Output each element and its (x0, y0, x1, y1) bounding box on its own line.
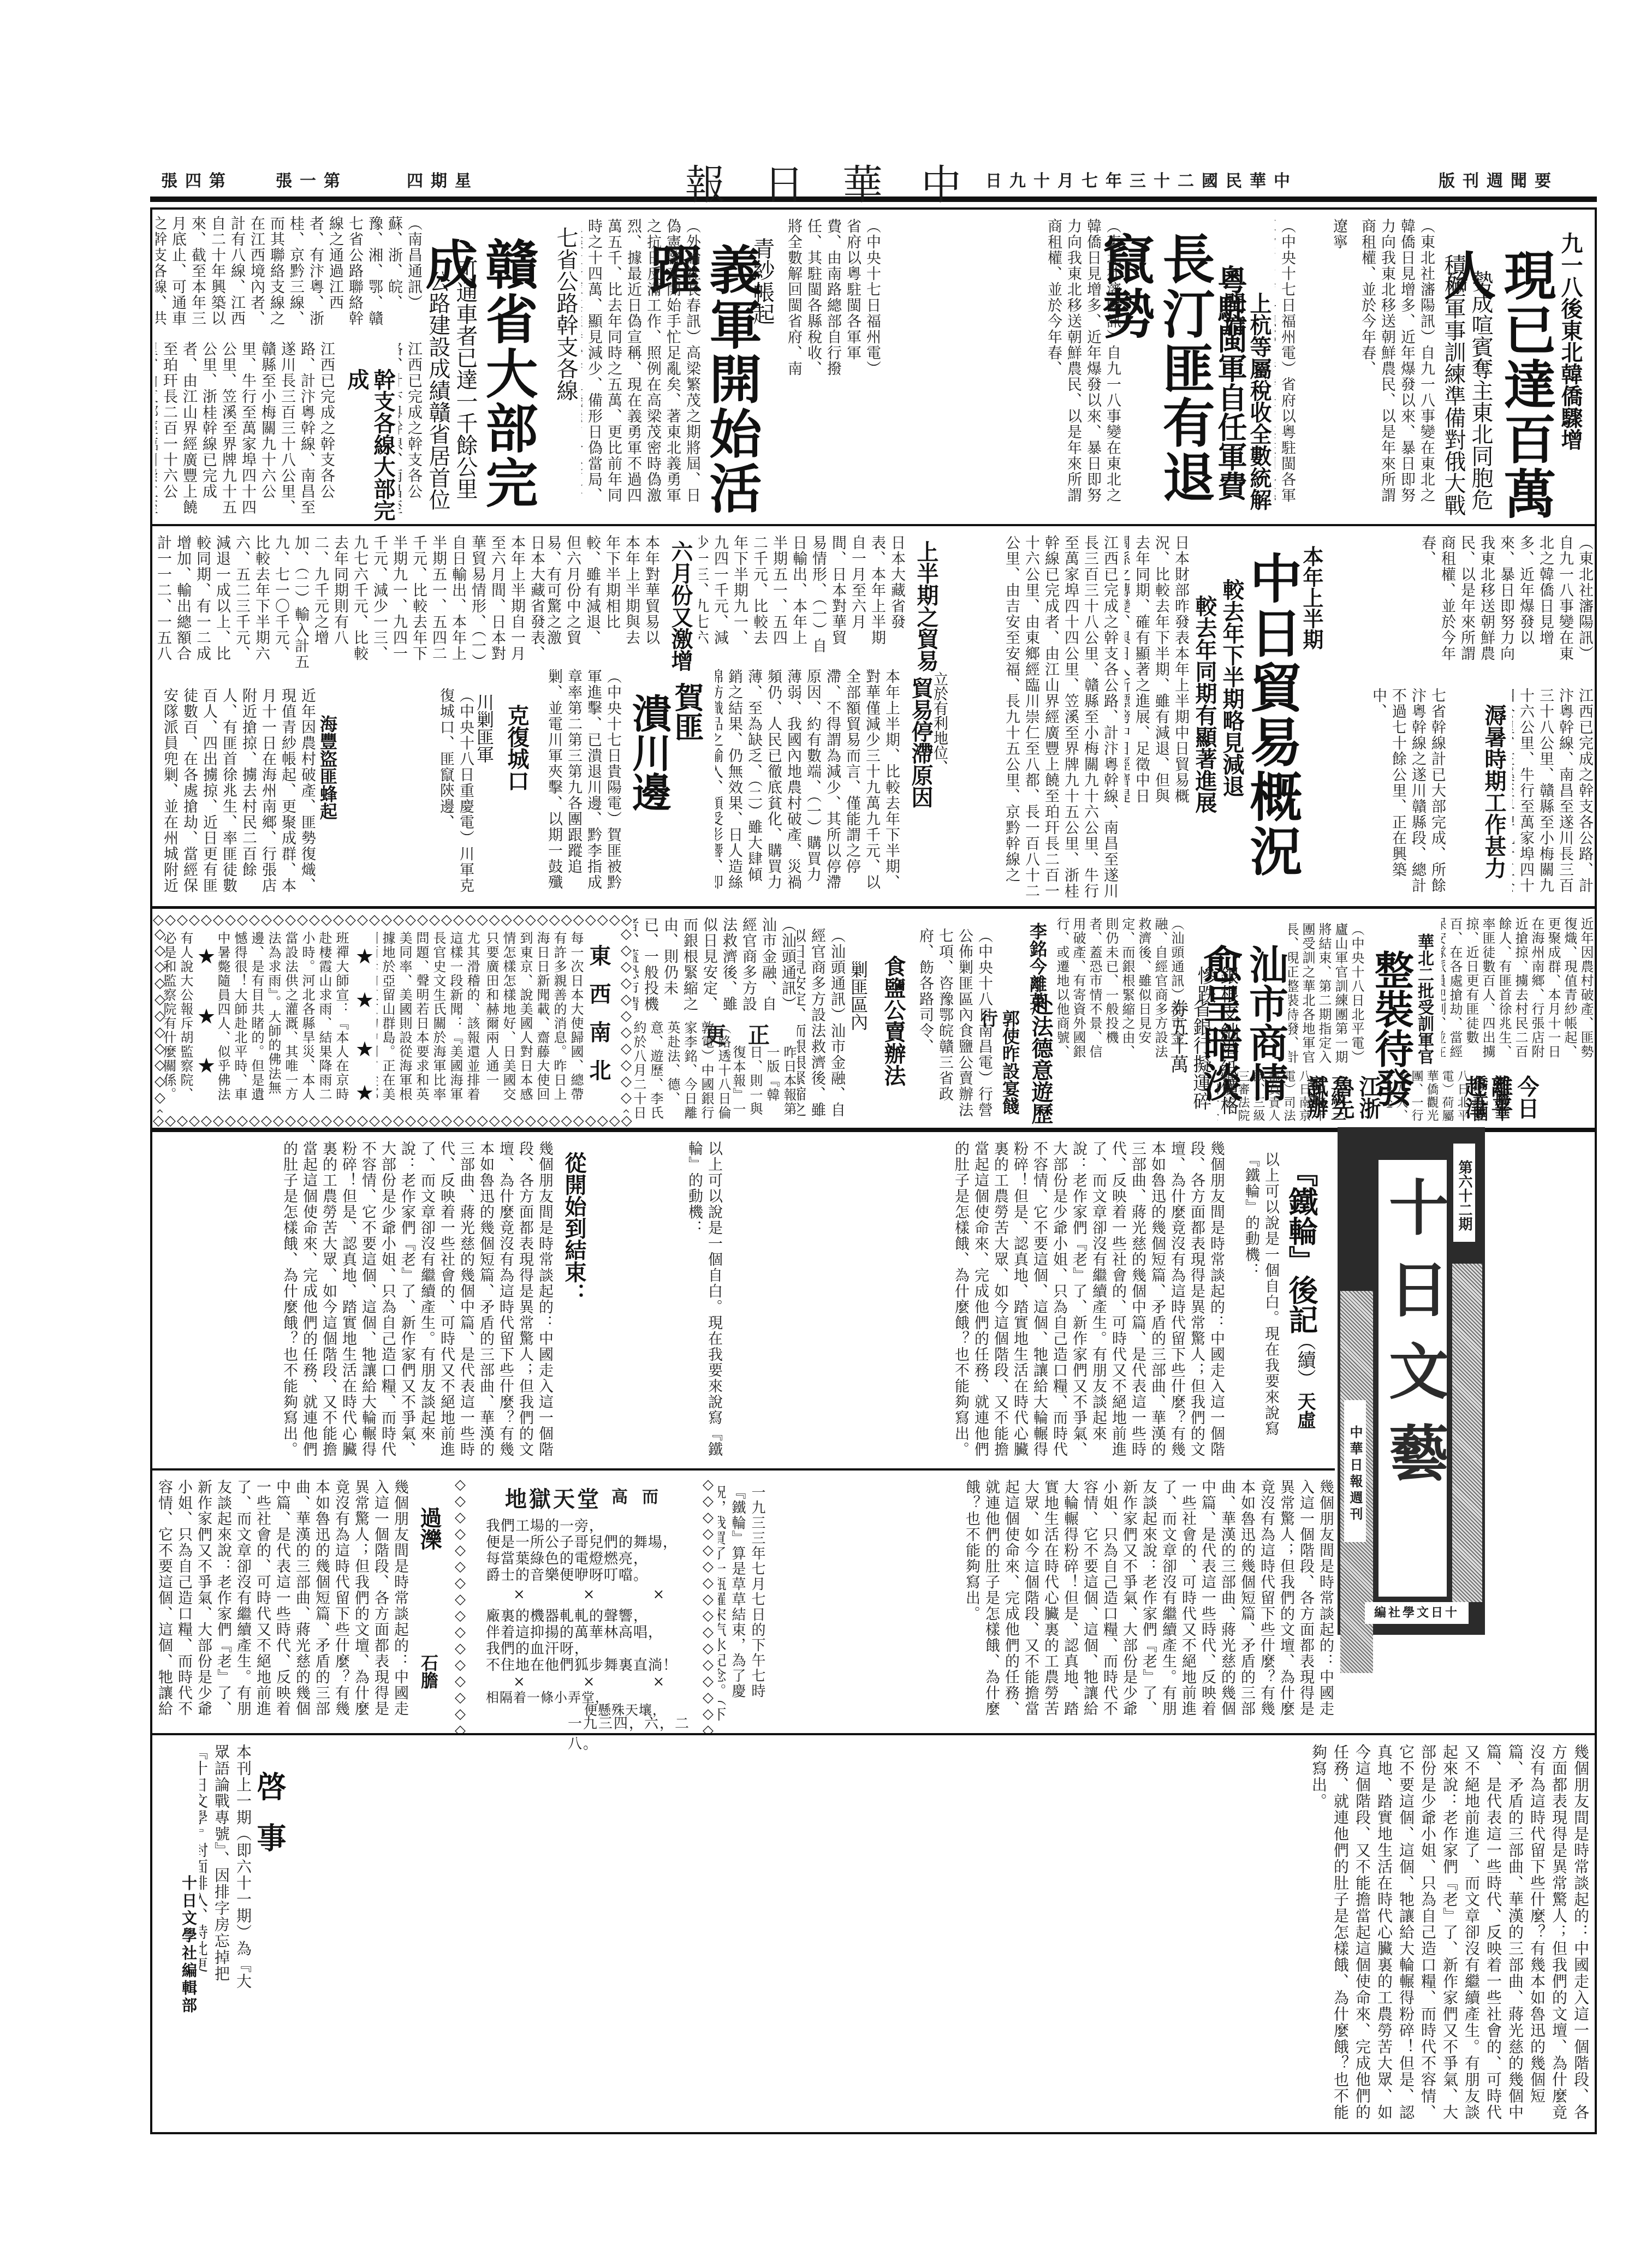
divider (150, 1733, 1597, 1735)
essay-body: 幾個朋友間是時常談起的：中國走入這一個階段、各方面都表現得是異常驚人；但我們的文… (153, 1141, 554, 1457)
story-author: 石膽 (418, 1654, 439, 1689)
essay-ending: 一九三三年七月七日的下午七時『鐵輪』算是草草結束，為了慶祝，我買了一瓶羅宋汽水紀… (718, 1474, 767, 1730)
paragraph: 班禪大師宣：『本人在京時赴棲霞山求雨、結果降雨二小時。河北各縣旱災、本人當設法供… (218, 931, 349, 1111)
kicker: 剿匪區內 (846, 961, 871, 1031)
article-body: 江西已完成之幹支各公路、計汴粵幹線、南昌至遂川長三百三十八公里、贛縣至小梅關九十… (156, 341, 336, 516)
article-body: （中央十七日貴陽電）賀匪被黔軍進擊、已潰退川邊、黔李指成章率第二第三第九各團跟蹤… (546, 669, 622, 898)
star-icon: ★ (197, 1053, 216, 1078)
masthead-title: 十日文藝 (1384, 1176, 1444, 1504)
article-body: （中央十七日福州電）省府以粵駐閩各軍軍費、由南路總部自行撥任、其駐閩各縣稅收、將… (1275, 218, 1297, 513)
star-icon: ★ (197, 944, 216, 968)
article-body: （東北社瀋陽訊）自九一八事變在東北之韓僑日見增多、近年爆發以來、暴日即努力向我東… (1348, 218, 1436, 513)
subhead: 上杭等屬稅收全數統解閩府 (1220, 292, 1272, 524)
issue-number: 第六十二期 (1453, 1144, 1475, 1242)
article-body: （中央十八日北平電）荷屬華僑觀光團、一行十八人、今晨赴津、定十九日參觀南開大學、 (1387, 1070, 1485, 1124)
notice-title: 啓事 (252, 1771, 287, 1874)
story-title: 過濼 (416, 1507, 442, 1550)
article-body: 七省幹線計已大部完成、所餘汴粵幹線之遂川贛縣段、總計不過七十餘公里、正在興築中、 (1332, 688, 1447, 895)
diamond-border-icon: ◇◇◇◇◇◇◇◇◇◇◇◇◇◇◇ (619, 926, 633, 1112)
kicker: 華北二批受訓軍官 (1412, 933, 1436, 1064)
headline: 海豐盜匪蜂起 (317, 715, 338, 820)
essay-body-continued: 幾個朋友間是時常談起的：中國走入這一個階段、各方面都表現得是異常驚人；但我們的文… (723, 1474, 1335, 1730)
section-title: 上半期之貿易 (913, 540, 939, 671)
article-body: 日本大藏省發表、本年上半期自一月至六月間、日本對華貿易情形、（一）自日輸出、本年… (699, 535, 906, 660)
section-heading: 從開始到結束： (561, 1152, 587, 1305)
divider (150, 1468, 1335, 1471)
article-body: （中時十八日南京電）司法部負責人談、三級三審法院組織法、自國府公佈後、曾令各省高… (1217, 1070, 1327, 1124)
kicker: 九一八後東北韓僑驟增 (1557, 232, 1583, 450)
weekday: 星期四 (407, 167, 479, 191)
publication-label: 中華日報週刊 (1344, 1400, 1366, 1542)
subhead: 可通車者已達一千餘公里 (453, 259, 478, 499)
essay-tielun-afterword: 『鐵輪』後記 （續） 天虛 以上可以說是一個自白。現在我要來說寫『鐵輪』的動機：… (723, 1135, 1335, 1463)
literary-masthead: 十日文藝 第六十二期 中華日報週刊 十日文學社編 (1338, 1127, 1485, 1635)
article-trade-sections: 上半期之貿易 日本大藏省發表、本年上半期自一月至六月間、日本對華貿易情形、（一）… (546, 529, 950, 906)
essay-body: 以上可以說是一個自白。現在我要來說寫『鐵輪』的動機： (592, 1141, 723, 1457)
newspaper-page: 第四張 第一張 星期四 中華日報 中華民國二十三年七月十九日 要聞週刊版 九一八… (150, 147, 1597, 2134)
kicker: 七省公路幹支各線 (550, 227, 581, 401)
article-body: （南昌通訊）蘇、浙、皖、豫、湘、鄂、贛七省公路聯絡幹線之通過江西者、有汴粵、浙桂… (156, 216, 423, 336)
continued-label: （續） (1292, 1332, 1318, 1388)
kicker: 川剿匪軍 (472, 693, 497, 763)
article-korean-migrants: 九一八後東北韓僑驟增 現已達百萬人 勢成喧賓奪主東北同胞危殆 積極軍事訓練準備對… (1297, 210, 1594, 524)
paragraph: 有人說大公報斥胡監察院、必是和監察院有什麼關係。我說：怎見得？這是你底疑心。不過… (161, 931, 194, 1111)
divider (150, 524, 1597, 526)
article-trade: 本年上半期 中日貿易概況 較去年下半期略見減退 較去年同期有顯著進展 日本財部昨… (950, 529, 1332, 906)
article-body: （東北社瀋陽訊）自九一八事變在東北之韓僑日見增多、近年爆發以來、暴日即努力向我東… (1332, 535, 1594, 671)
star-icon: ★ (355, 1037, 374, 1061)
article-trade-continued: 日本大藏省發表、本年上半期自一月至六月間、日本對華貿易情形、（一）自日輸出、本年… (153, 529, 546, 906)
column-title: 東西南北 (585, 944, 611, 1097)
star-icon: ★ (197, 1004, 216, 1028)
article-body: （汕頭通訊）汕市金融、自經官商多方設法救濟後、雖似日見安定、而銀根緊縮之由、則仍… (1054, 917, 1185, 1064)
article-body: 近年因農村破產、匪勢復熾、現值青紗帳起、更聚成群、本月十一日在海州南鄉、行張店附… (158, 688, 317, 895)
article-body: （汕頭通訊）汕市金融、自經官商多方設法救濟後、雖似日見安定、而銀根緊縮之由、則仍… (797, 928, 846, 1124)
sheet-number: 第一張 (276, 167, 348, 191)
star-icon: ★ (355, 988, 374, 1012)
headline: 長汀匪有退竄勢 (1095, 232, 1215, 524)
headline: 潰川邊 (626, 693, 672, 811)
divider (150, 906, 1597, 908)
article-corrections: （汕頭通訊）汕市金融、自經官商多方設法救濟後、雖似日見安定、而銀根緊縮之由、則仍… (633, 912, 797, 1127)
essay-title: 『鐵輪』後記 (1284, 1157, 1318, 1334)
notice-box: 啓事 本刊上一期（即六十一期）為『大眾語論戰專號』、因排字房忘掉把『十日文學』封… (153, 1739, 347, 2132)
kicker: 賀匪 (669, 682, 704, 741)
note: 立於有利地位、 (929, 671, 950, 775)
diamond-border-icon: ◇◇◇◇◇◇◇◇◇◇◇◇◇◇◇◇◇◇◇◇◇◇◇◇◇◇◇◇◇◇◇◇◇◇◇◇◇◇◇◇… (153, 1112, 633, 1127)
column-dongxi-nanbei: ◇◇◇◇◇◇◇◇◇◇◇◇◇◇◇◇◇◇◇◇◇◇◇◇◇◇◇◇◇◇◇◇◇◇◇◇◇◇◇◇… (153, 912, 633, 1127)
article-body: （路透十八日倫敦電）中國銀行家李銘、今日離英赴法、德、意、遊歷、李氏約於八月二十… (633, 1021, 732, 1124)
subhead: 較去年下半期略見減退 (1219, 579, 1245, 797)
article-body: 本年上半期、比較去年下半期、對華僅減少三十九萬九千元、以全部額貿易而言、僅能謂之… (715, 669, 901, 898)
story-continued: 幾個朋友間是時常談起的：中國走入這一個階段、各方面都表現得是異常驚人；但我們的文… (347, 1739, 1591, 2132)
essay-author: 天虛 (1292, 1392, 1318, 1429)
paper-masthead: 中華日報 (685, 153, 1000, 211)
story-body: 幾個朋友間是時常談起的：中國走入這一個階段、各方面都表現得是異常驚人；但我們的文… (347, 1744, 1591, 2126)
corrections-body: 昨日本報第一版『韓日、則一與復本報』一則、海南書閣新版、南民建設南開之一標題、誤… (732, 1045, 797, 1124)
table-row: 遼寧 (1330, 218, 1347, 250)
stats-table: 遼寧 (1299, 218, 1348, 513)
article-body: 日本財部昨發表本年上半期中日貿易概況、比較去年下半期、雖有減退、但與去年同期、確… (1125, 535, 1190, 819)
star-icon: ★ (355, 944, 374, 968)
page-number: 第四張 (161, 167, 233, 191)
page-header: 第四張 第一張 星期四 中華日報 中華民國二十三年七月十九日 要聞週刊版 (150, 147, 1597, 202)
article-volunteers: （中央十七日福州電）省府以粵駐閩各軍軍費、由南路總部自行撥任、其駐閩各縣稅收、將… (543, 210, 882, 524)
article-body: （外論社長春訊）高梁繁茂之期將屆、日偽憲警又開始手忙足亂矣、著東北義勇軍之抗日反… (581, 218, 702, 513)
headline: 赴法德意遊歷 (1027, 993, 1054, 1124)
article-body: （中央十八日南昌電）行營公佈剿匪區內食鹽公賣辦法七項、咨豫鄂皖贛三省政府、飭各路… (912, 928, 994, 1124)
poem-line: 爵士的音樂便咿呀叮噹。 (486, 1564, 648, 1584)
box-headline: 幹支各線大部完成 (343, 368, 396, 524)
article-body: （中央十八日北平電）廬山軍官訓練團第一期將結束、第二期指定入團受訓之華北各地軍官… (1288, 922, 1365, 1064)
article-li-mingying: 李銘今離英 赴法德意遊歷 郭使昨設宴餞行 （中央十八日南昌電）行營公佈剿匪區內食… (797, 912, 1054, 1127)
subhead: 公路建設成績贛省居首位 (425, 270, 450, 510)
article-shantou-and-others: 汕市商情愈呈暗淡 銀根支絀港紙價格慘跌 省銀行擬運碎券五十萬 （汕頭通訊）汕市金… (1054, 912, 1594, 1127)
article-body: 日本大藏省發表、本年上半期自一月至六月間、日本對華貿易情形、（一）自日輸出、本年… (153, 535, 546, 677)
article-summer-work: （東北社瀋陽訊）自九一八事變在東北之韓僑日見增多、近年爆發以來、暴日即努力向我東… (1332, 529, 1594, 906)
essay-body: 幾個朋友間是時常談起的：中國走入這一個階段、各方面都表現得是異常驚人；但我們的文… (723, 1141, 1226, 1457)
article-jiangxi-roads: 贛省大部完成 可通車者已達一千餘公里 公路建設成績贛省居首位 （南昌通訊）蘇、浙… (153, 210, 543, 524)
essay-continued: 從開始到結束： 幾個朋友間是時常談起的：中國走入這一個階段、各方面都表現得是異常… (153, 1135, 723, 1463)
section-title: 六月份又激增 (667, 540, 693, 671)
notice-body: 本刊上一期（即六十一期）為『大眾語論戰專號』、因排字房忘掉把『十日文學』封面排入… (199, 1744, 254, 2001)
article-body: 江西已完成之幹支各公路、計汴粵幹線、南昌至遂川長三百三十八公里、贛縣至小梅關九十… (399, 341, 423, 516)
stanza-separator: × × × (513, 1583, 686, 1603)
diamond-border-icon: ◇◇◇◇◇◇◇◇◇◇◇◇◇◇◇◇◇◇ (701, 1477, 715, 1733)
article-body: （中央十八日重慶電）川軍克復城口、匪竄陝邊、 (366, 688, 475, 895)
article-changting: （東北社瀋陽訊）自九一八事變在東北之韓僑日見增多、近年爆發以來、暴日即努力向我東… (882, 210, 1297, 524)
poem-box: ◇◇◇◇◇◇◇◇◇◇◇◇◇◇◇◇◇◇ ◇◇◇◇◇◇◇◇◇◇◇◇◇◇◇◇◇◇ 地獄… (453, 1477, 715, 1733)
stipple-pattern (1452, 1264, 1482, 1602)
essay-end-text: 一九三三年七月七日的下午七時『鐵輪』算是草草結束，為了慶祝，我買了一瓶羅宋汽水紀… (718, 1485, 767, 1725)
essay-body: 幾個朋友間是時常談起的：中國走入這一個階段、各方面都表現得是異常驚人；但我們的文… (723, 1479, 1335, 1725)
notice-signature: 十日文學社編輯部 (177, 1875, 199, 2015)
poem-title: 地獄天堂 (505, 1482, 601, 1513)
article-body: （中央十七日福州電）省府以粵駐閩各軍軍費、由南路總部自行撥任、其駐閩各縣稅收、將… (783, 218, 882, 382)
headline: 中日貿易概況 (1242, 551, 1302, 879)
editor-label: 十日文學社編 (1365, 1602, 1469, 1624)
diamond-border-icon: ◇◇◇◇◇◇◇◇◇◇◇◇◇◇◇◇◇◇ (453, 1477, 467, 1733)
essay-intro: 以上可以說是一個自白。現在我要來說寫『鐵輪』的動機： (1231, 1152, 1280, 1457)
story-guoluo: 過濼 石膽 幾個朋友間是時常談起的：中國走入這一個階段、各方面都表現得是異常驚人… (153, 1474, 453, 1730)
masthead-panel: 十日文藝 (1378, 1160, 1447, 1597)
subhead: 較去年同期有顯著進展 (1191, 595, 1217, 813)
article-body: （汕頭通訊）汕市金融、自經官商多方設法救濟後、雖似日見安定、而銀根緊縮之由、則仍… (633, 917, 797, 1015)
article-body: 近年因農村破產、匪勢復熾、現值青紗帳起、更聚成群、本月十一日在海州南鄉、行張店附… (1441, 917, 1594, 1064)
poem-author: 高而 (611, 1483, 673, 1507)
article-body: 江西已完成之幹支各公路、計汴粵幹線、南昌至遂川長三百三十八公里、贛縣至小梅關九十… (950, 535, 1119, 901)
diamond-border-icon: ◇◇◇◇◇◇◇◇◇◇◇◇◇◇◇◇◇◇◇◇◇◇◇◇◇◇◇◇◇◇◇◇◇◇◇◇◇◇◇◇… (153, 912, 633, 928)
paragraph: 尤其滑稽的、該報還並排着這樣一段新聞：『美國海軍長官史文生氏關於海軍比率問題、聲… (377, 931, 480, 1111)
issue-date: 中華民國二十三年七月十九日 (985, 167, 1298, 191)
year-stats-table: （東北社瀋陽訊）自九一八事變在東北之韓僑日見增多、近年爆發以來、暴日即努力向我東… (882, 218, 1122, 513)
edition-label: 要聞週刊版 (1439, 167, 1559, 191)
article-body: 江西已完成之幹支各公路、計汴粵幹線、南昌至遂川長三百三十八公里、贛縣至小梅關九十… (1512, 688, 1594, 895)
story-body: 幾個朋友間是時常談起的：中國走入這一個階段、各方面都表現得是異常驚人；但我們的文… (153, 1479, 409, 1725)
headline: 克復城口 (503, 704, 530, 791)
headline: 食鹽公賣辦法 (880, 955, 906, 1086)
article-body: 本年對華貿易以本年上半期與去年下半期相比較、雖有減退、但六月份中之貿易、有可驚之… (546, 535, 661, 660)
subhead: 積極軍事訓練準備對俄大戰 (1441, 254, 1466, 516)
star-icon: ★ (355, 1081, 374, 1105)
headline: 溽暑時期工作甚力 (1481, 704, 1507, 879)
paragraph: 每一次日本大使歸國、總帶有許多親善的消息。昨日上海日日新聞載、齋藤大使回到東京、… (486, 931, 584, 1111)
